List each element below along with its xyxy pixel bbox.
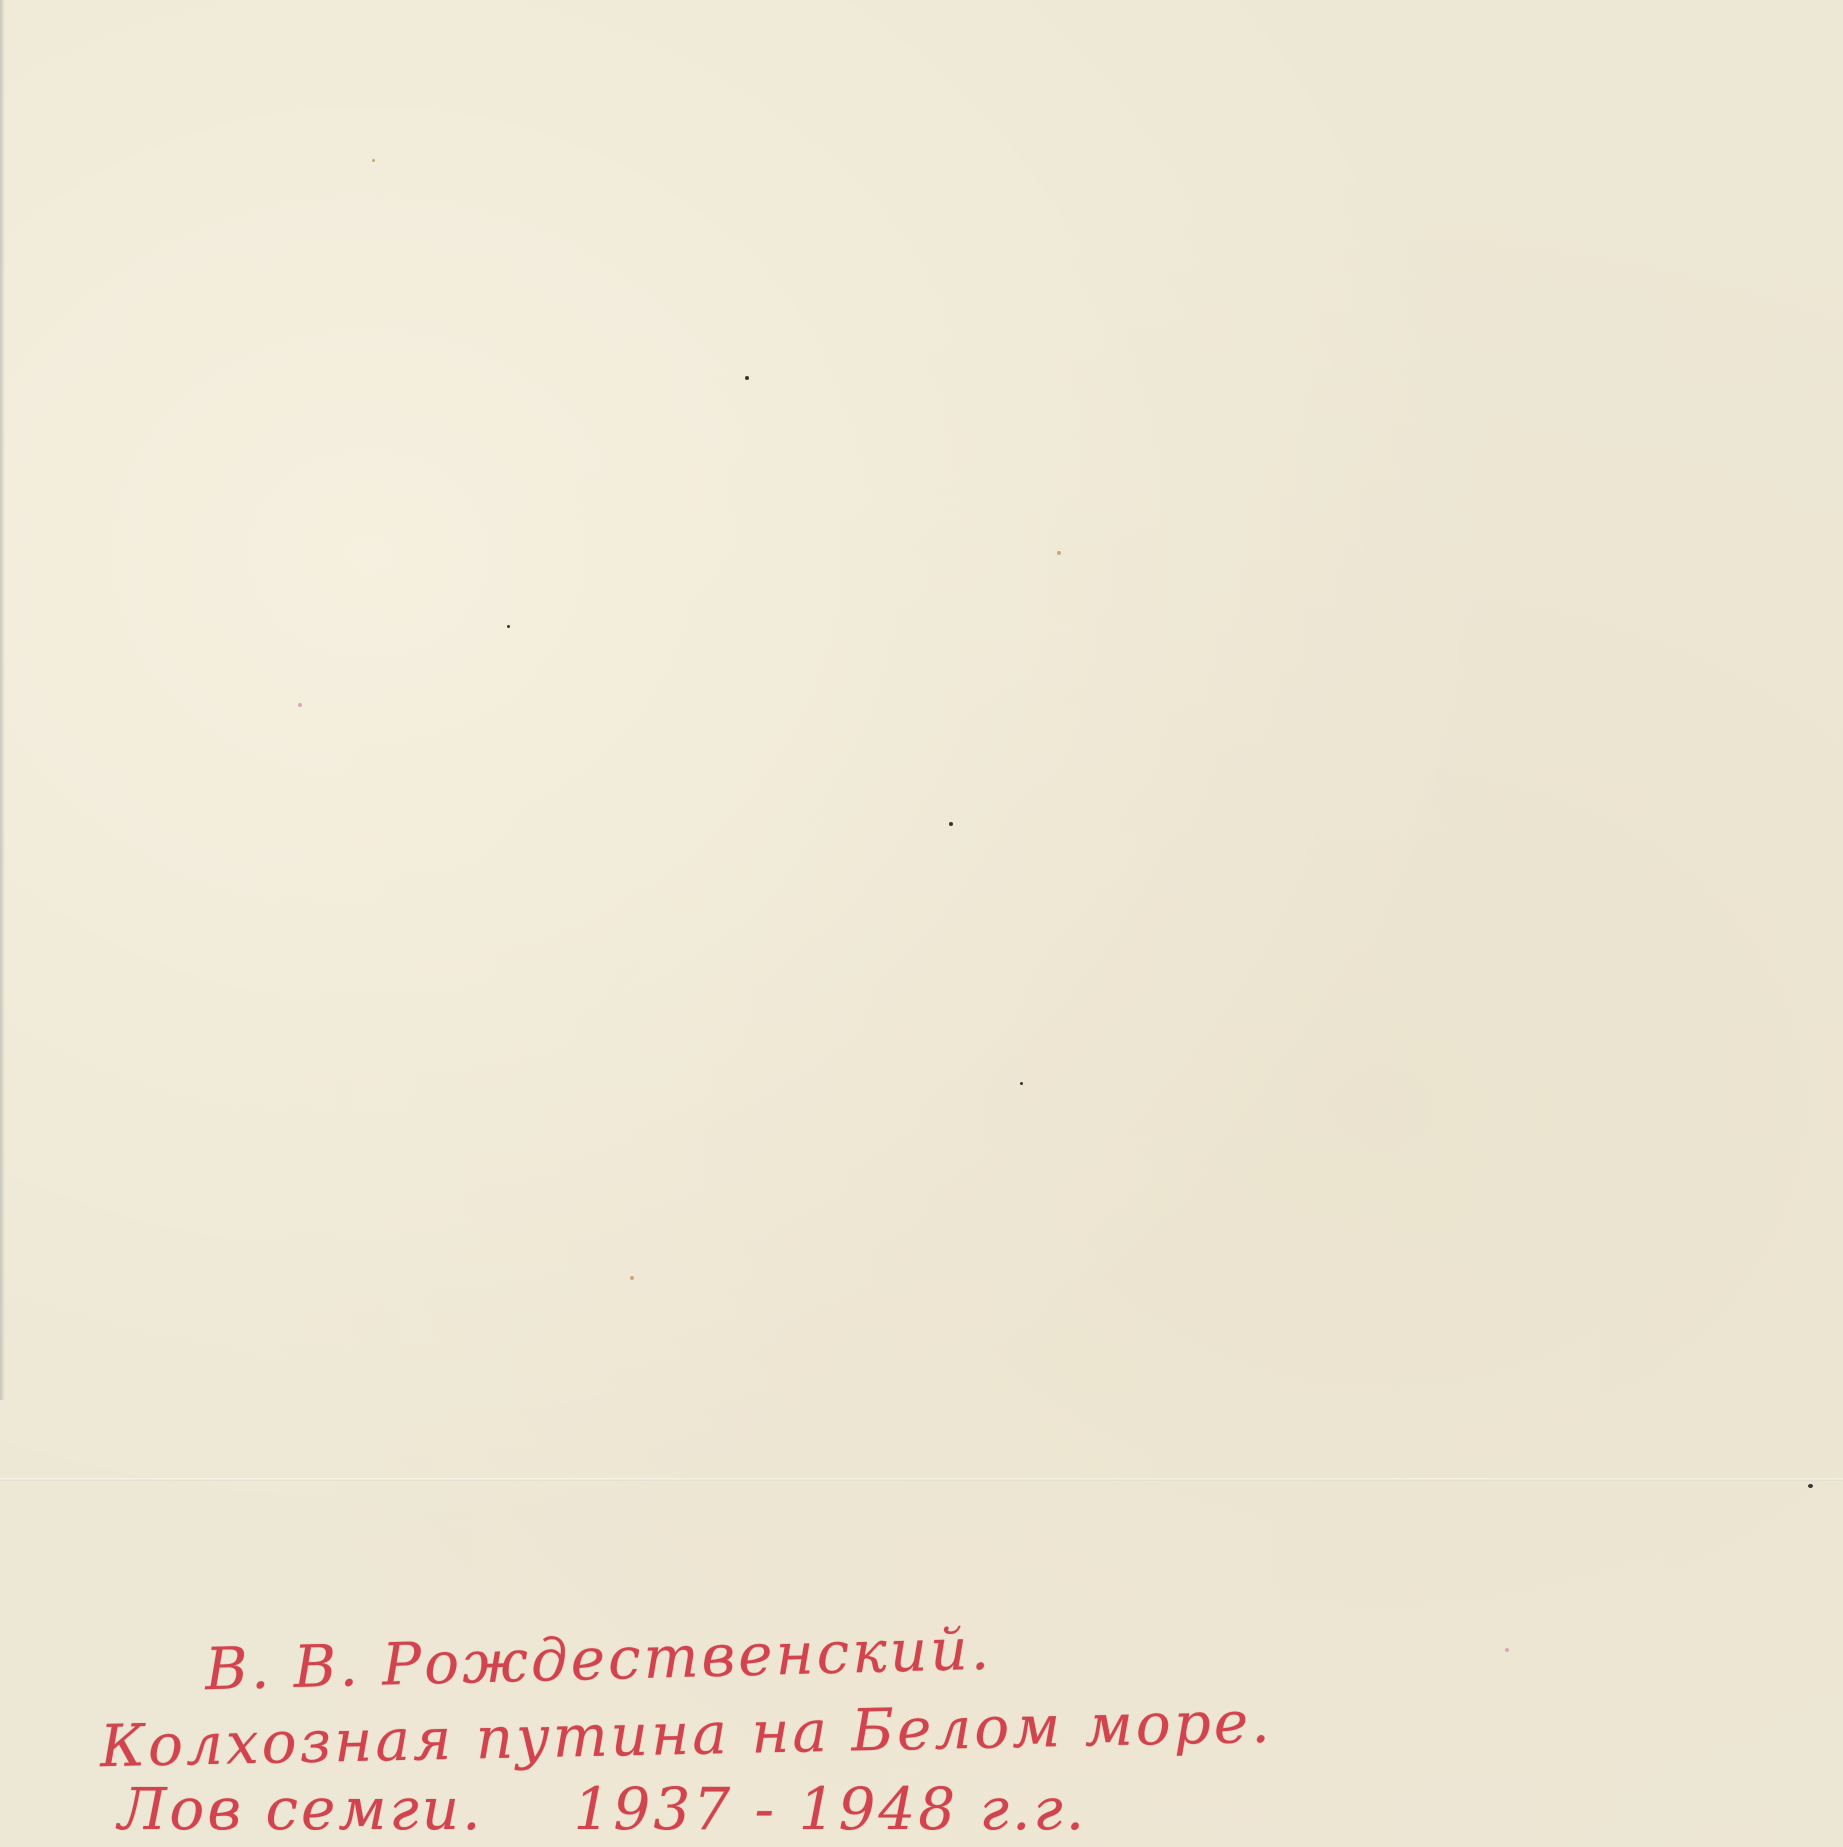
artwork-title: Колхозная путина на Белом море.	[100, 1693, 1274, 1776]
artwork-years: 1937 - 1948 г.г.	[574, 1775, 1088, 1843]
handwritten-inscription: В. В. Рождественский. Колхозная путина н…	[0, 0, 1843, 1847]
artwork-subtitle-and-dates: Лов семги.1937 - 1948 г.г.	[118, 1780, 1087, 1838]
artwork-subtitle: Лов семги.	[118, 1775, 484, 1843]
artist-name: В. В. Рождественский.	[204, 1620, 992, 1699]
paper-sheet: В. В. Рождественский. Колхозная путина н…	[0, 0, 1843, 1847]
